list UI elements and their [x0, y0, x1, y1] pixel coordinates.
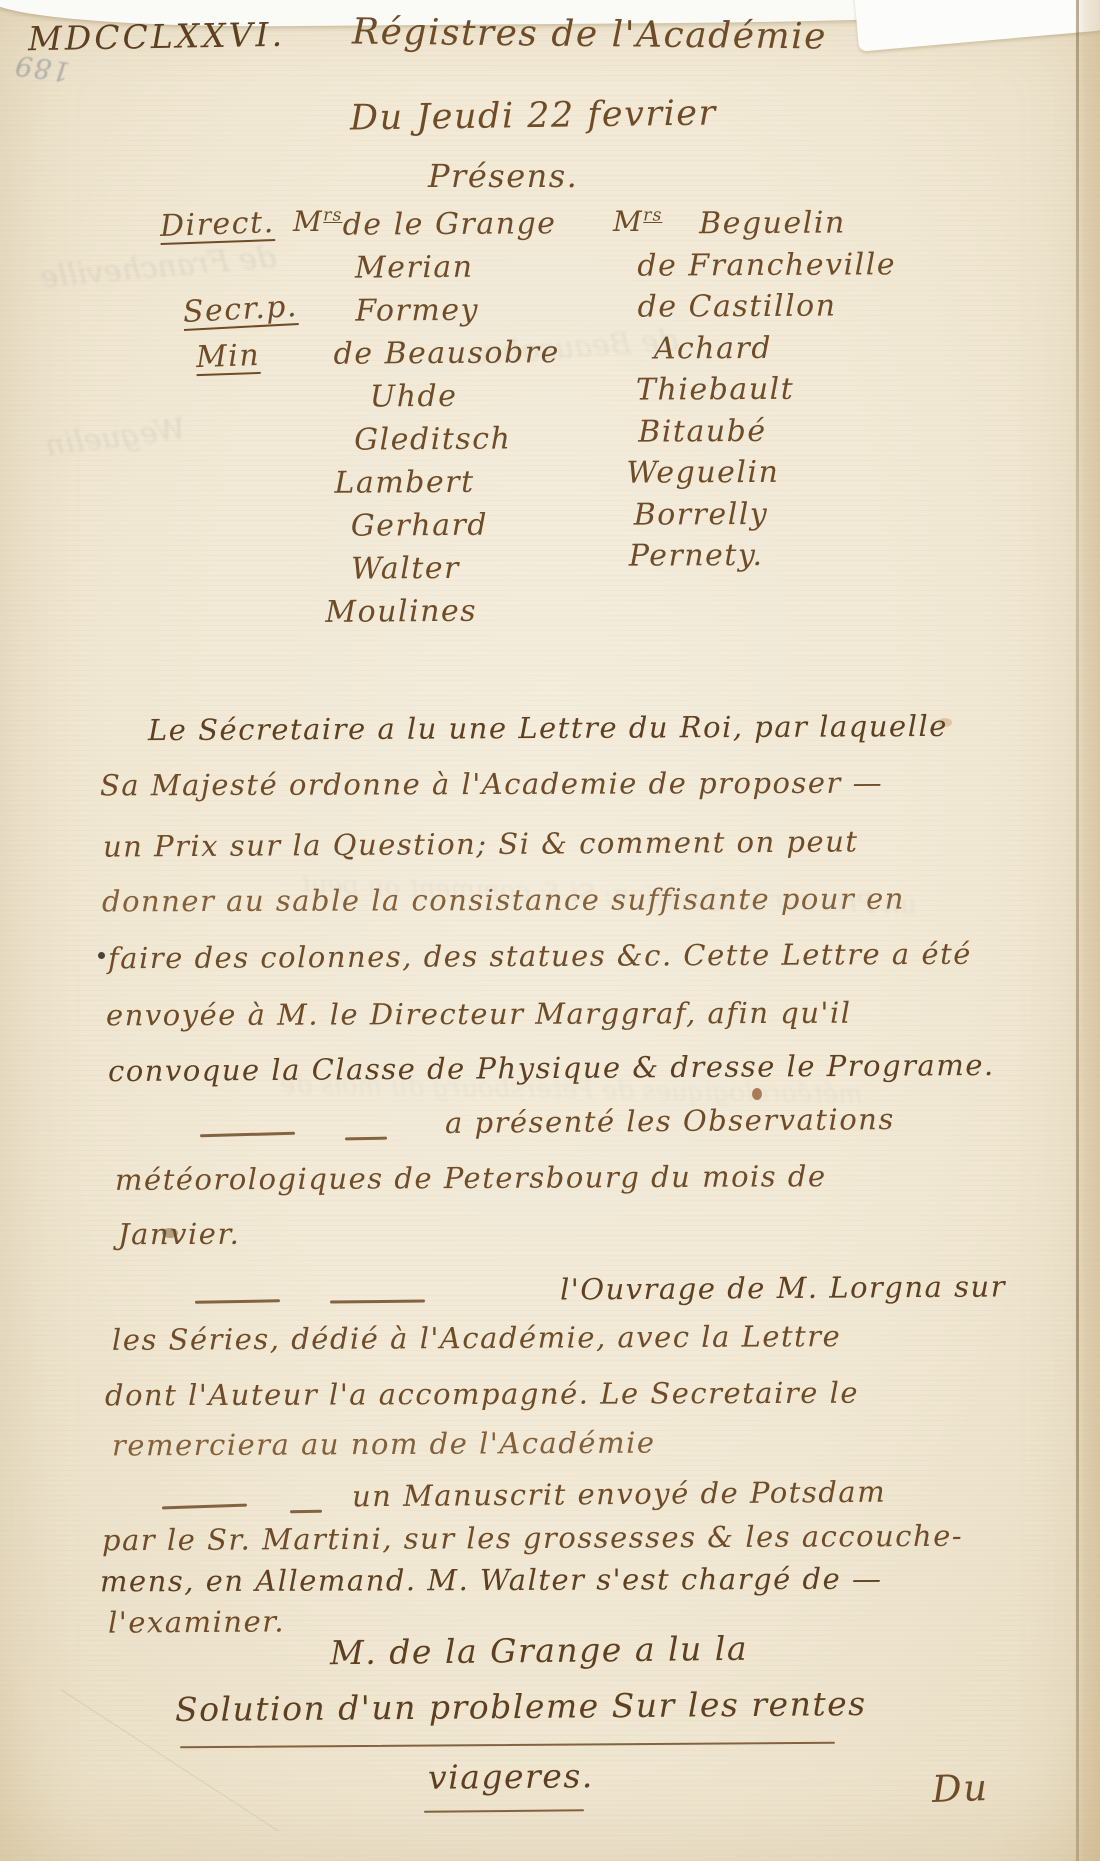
body-line: météorologiques de Petersbourg du mois d…: [115, 1160, 827, 1197]
body-line: par le Sr. Martini, sur les grossesses &…: [102, 1520, 963, 1558]
catchword: Du: [931, 1767, 989, 1811]
memoir-title-line: viageres.: [428, 1757, 594, 1797]
attendee-name: Walter: [351, 546, 562, 590]
ditto-dash: [162, 1504, 247, 1510]
attendee-name: Borrelly: [634, 493, 898, 536]
body-line: dont l'Auteur l'a accompagné. Le Secreta…: [105, 1377, 859, 1413]
bleedthrough-text: Weguelin: [43, 412, 187, 464]
role-label-director: Direct.: [159, 206, 275, 244]
body-line: Janvier.: [118, 1218, 240, 1252]
body-line: Le Sécretaire a lu une Lettre du Roi, pa…: [148, 710, 948, 748]
attendee-name: Gerhard: [351, 503, 562, 547]
title-underline: [180, 1742, 835, 1749]
attendee-name: Bitaubé: [638, 410, 897, 453]
marginal-year: MDCCLXXVI.: [28, 16, 286, 58]
attendee-name: Merian: [355, 245, 560, 289]
body-line: convoque la Classe de Physique & dresse …: [108, 1049, 995, 1089]
scan-edge-top-right: [854, 0, 1100, 52]
body-line: remerciera au nom de l'Académie: [112, 1427, 656, 1463]
attendee-name: de Beausobre: [333, 331, 560, 376]
body-line: faire des colonnes, des statues &c. Cett…: [108, 938, 972, 976]
body-line: Sa Majesté ordonne à l'Academie de propo…: [100, 767, 883, 803]
ink-stain: [752, 1088, 762, 1100]
attendee-name: Formey: [355, 288, 560, 332]
attendee-name: de Castillon: [637, 285, 896, 328]
page-fold-line: [1076, 0, 1079, 1861]
attendee-name: de le Grange: [343, 202, 560, 247]
ditto-dash: [330, 1300, 425, 1304]
body-line: a présenté les Observations: [445, 1103, 895, 1140]
attendance-list-right: Beguelin de Francheville de Castillon Ac…: [611, 202, 898, 577]
page-title: Régistres de l'Académie: [352, 12, 827, 58]
role-label-members: Min: [195, 339, 260, 376]
body-line: un Prix sur la Question; Si & comment on…: [103, 825, 859, 864]
attendance-list-left: de le Grange Merian Formey de Beausobre …: [321, 202, 562, 634]
attendee-name: Beguelin: [699, 202, 896, 245]
ditto-dash: [195, 1299, 280, 1303]
ditto-dash: [290, 1510, 322, 1514]
attendee-name: Uhde: [370, 374, 561, 418]
attendee-name: de Francheville: [637, 244, 896, 287]
attendee-name: Moulines: [325, 589, 562, 634]
body-line: envoyée à M. le Directeur Marggraf, afin…: [106, 997, 852, 1033]
attendee-name: Thiebault: [636, 368, 897, 411]
body-line: mens, en Allemand. M. Walter s'est charg…: [100, 1563, 883, 1599]
bleedthrough-text: de Francheville: [39, 240, 277, 295]
manuscript-page: de Francheville Weguelin de Beausobre un…: [0, 0, 1100, 1861]
attendee-name: Achard: [654, 327, 897, 370]
body-line: les Séries, dédié à l'Académie, avec la …: [112, 1320, 841, 1357]
body-line: un Manuscrit envoyé de Potsdam: [352, 1476, 886, 1514]
memoir-title-line: Solution d'un probleme Sur les rentes: [175, 1685, 867, 1729]
ditto-dash: [345, 1137, 387, 1141]
presents-heading: Présens.: [428, 158, 578, 195]
body-line: l'examiner.: [108, 1605, 285, 1640]
body-line: M. de la Grange a lu la: [330, 1630, 748, 1672]
bleedthrough-page-number: 189: [12, 49, 71, 87]
attendee-name: Pernety.: [629, 534, 898, 577]
ink-stain: [98, 952, 105, 959]
body-line: donner au sable la consistance suffisant…: [102, 883, 905, 919]
title-underline: [424, 1809, 584, 1812]
attendee-name: Lambert: [334, 460, 561, 505]
body-line: l'Ouvrage de M. Lorgna sur: [560, 1270, 1006, 1306]
attendee-name: Gleditsch: [354, 417, 561, 461]
prefix-m: M: [293, 205, 323, 238]
attendee-name: Weguelin: [626, 451, 897, 494]
role-label-secretary: Secr.p.: [182, 290, 299, 330]
session-date: Du Jeudi 22 fevrier: [350, 93, 717, 138]
ditto-dash: [200, 1132, 295, 1137]
